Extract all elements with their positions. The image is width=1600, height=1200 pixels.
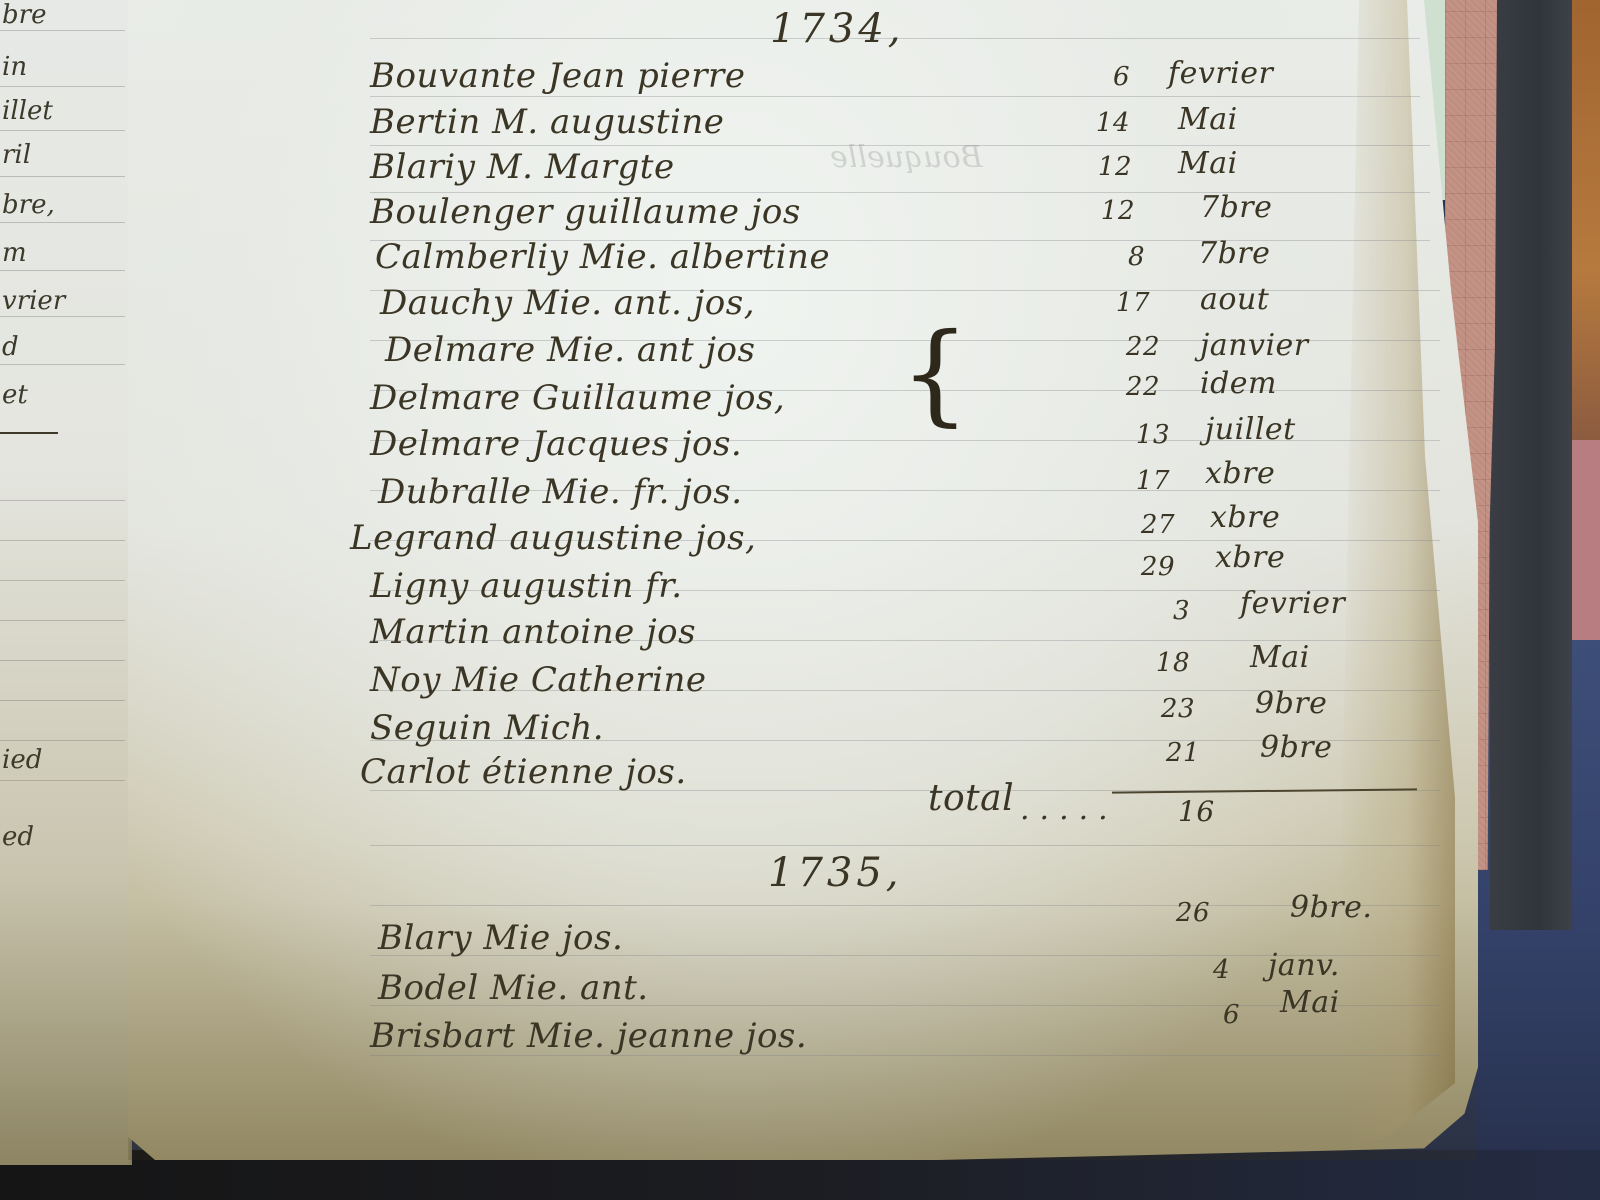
entry-month: fevrier: [1168, 56, 1273, 91]
ruled-line: [370, 905, 1440, 906]
ruled-line: [370, 96, 1420, 97]
ruled-line: [0, 364, 125, 365]
entry-day: 27: [1125, 510, 1175, 540]
entry-name: Carlot étienne jos.: [360, 752, 687, 792]
entry-name: Delmare Mie. ant jos: [385, 330, 755, 370]
entry-day: 21: [1150, 738, 1200, 768]
ruled-line: [0, 270, 125, 271]
entry-day: 12: [1085, 196, 1135, 226]
entry-month: Mai: [1178, 146, 1238, 181]
entry-name: Ligny augustin fr.: [370, 566, 683, 606]
entry-name: Boulenger guillaume jos: [370, 192, 801, 232]
entry-name: Dauchy Mie. ant. jos,: [380, 283, 755, 323]
entry-day: 14: [1080, 108, 1130, 138]
entry-month: aout: [1200, 282, 1269, 317]
entry-month: xbre: [1205, 456, 1275, 491]
entry-month: 9bre: [1260, 730, 1332, 765]
ruled-line: [0, 86, 125, 87]
entry-name: Delmare Jacques jos.: [370, 424, 742, 464]
left-page-fragment: illet: [2, 96, 53, 126]
left-page-fragment: in: [2, 52, 27, 82]
left-page-fragment: bre,: [2, 190, 55, 220]
entry-name: Dubralle Mie. fr. jos.: [378, 472, 743, 512]
entry-month: Mai: [1280, 985, 1340, 1020]
left-page-fragment: ed: [2, 822, 34, 852]
ruled-line: [370, 845, 1440, 846]
entry-month: 7bre: [1200, 190, 1272, 225]
entry-month: 7bre: [1198, 236, 1270, 271]
left-page-fragment: d: [2, 332, 19, 362]
ruled-line: [0, 540, 125, 541]
entry-month: fevrier: [1240, 586, 1345, 621]
entry-month: 9bre: [1255, 686, 1327, 721]
book-cover-board: [1490, 0, 1572, 930]
entry-name: Delmare Guillaume jos,: [370, 378, 785, 418]
ruled-line: [0, 316, 125, 317]
entry-day: 26: [1160, 898, 1210, 928]
ruled-line: [0, 740, 125, 741]
entry-name: Bodel Mie. ant.: [378, 968, 649, 1008]
left-page-fragment: bre: [2, 0, 46, 30]
left-page-fragment: m: [2, 238, 27, 268]
year-heading-1734: 1734,: [770, 6, 905, 52]
entry-name: Seguin Mich.: [370, 708, 604, 748]
entry-day: 3: [1140, 596, 1190, 626]
background-orange-surface: [1570, 0, 1600, 450]
entry-day: 22: [1110, 372, 1160, 402]
entry-month: Mai: [1250, 640, 1310, 675]
entry-name: Noy Mie Catherine: [370, 660, 706, 700]
ruled-line: [0, 620, 125, 621]
total-label: total: [928, 778, 1014, 819]
entry-day: 12: [1082, 152, 1132, 182]
entry-day: 18: [1140, 648, 1190, 678]
ruled-line: [0, 30, 125, 31]
ruled-line: [0, 700, 125, 701]
entry-month: xbre: [1215, 540, 1285, 575]
brace-glyph: {: [900, 318, 970, 428]
left-page-fragment: ied: [2, 745, 42, 775]
entry-name: Bertin M. augustine: [370, 102, 724, 142]
entry-name: Blariy M. Margte: [370, 147, 675, 187]
entry-day: 17: [1120, 466, 1170, 496]
ruled-line: [0, 130, 125, 131]
ruled-line: [0, 176, 125, 177]
entry-month: Mai: [1178, 102, 1238, 137]
left-page-fragment: ril: [2, 140, 31, 170]
entry-month: xbre: [1210, 500, 1280, 535]
year-heading-1735: 1735,: [768, 850, 903, 896]
ruled-line: [0, 780, 125, 781]
entry-name: Bouvante Jean pierre: [370, 56, 745, 96]
ruled-line: [0, 222, 125, 223]
bleed-through-text: Bouquelle: [830, 140, 983, 175]
entry-day: 6: [1190, 1000, 1240, 1030]
entry-day: 13: [1120, 420, 1170, 450]
entry-name: Legrand augustine jos,: [350, 518, 756, 558]
entry-month: juillet: [1205, 412, 1296, 447]
left-page: bre in illet ril bre, m vrier d et ied e…: [0, 0, 132, 1165]
ruled-line: [0, 580, 125, 581]
left-page-fragment: et: [2, 380, 28, 410]
entry-day: 4: [1180, 955, 1230, 985]
entry-day: 29: [1125, 552, 1175, 582]
ruled-line: [0, 660, 125, 661]
total-leader-dots: .....: [1020, 792, 1118, 827]
ruled-line: [0, 500, 125, 501]
left-page-fragment: vrier: [2, 286, 65, 316]
left-page-underline: [0, 432, 58, 434]
entry-day: 17: [1100, 288, 1150, 318]
entry-month: idem: [1200, 366, 1277, 401]
entry-name: Martin antoine jos: [370, 612, 696, 652]
entry-day: 8: [1095, 242, 1145, 272]
entry-day: 22: [1110, 332, 1160, 362]
entry-month: janvier: [1200, 328, 1309, 363]
entry-day: 23: [1145, 694, 1195, 724]
entry-month: janv.: [1268, 948, 1340, 983]
entry-name: Brisbart Mie. jeanne jos.: [370, 1016, 807, 1056]
entry-month: 9bre.: [1290, 890, 1372, 925]
total-value: 16: [1178, 795, 1215, 828]
entry-name: Blary Mie jos.: [378, 918, 623, 958]
entry-name: Calmberliy Mie. albertine: [375, 237, 830, 277]
entry-day: 6: [1080, 62, 1130, 92]
